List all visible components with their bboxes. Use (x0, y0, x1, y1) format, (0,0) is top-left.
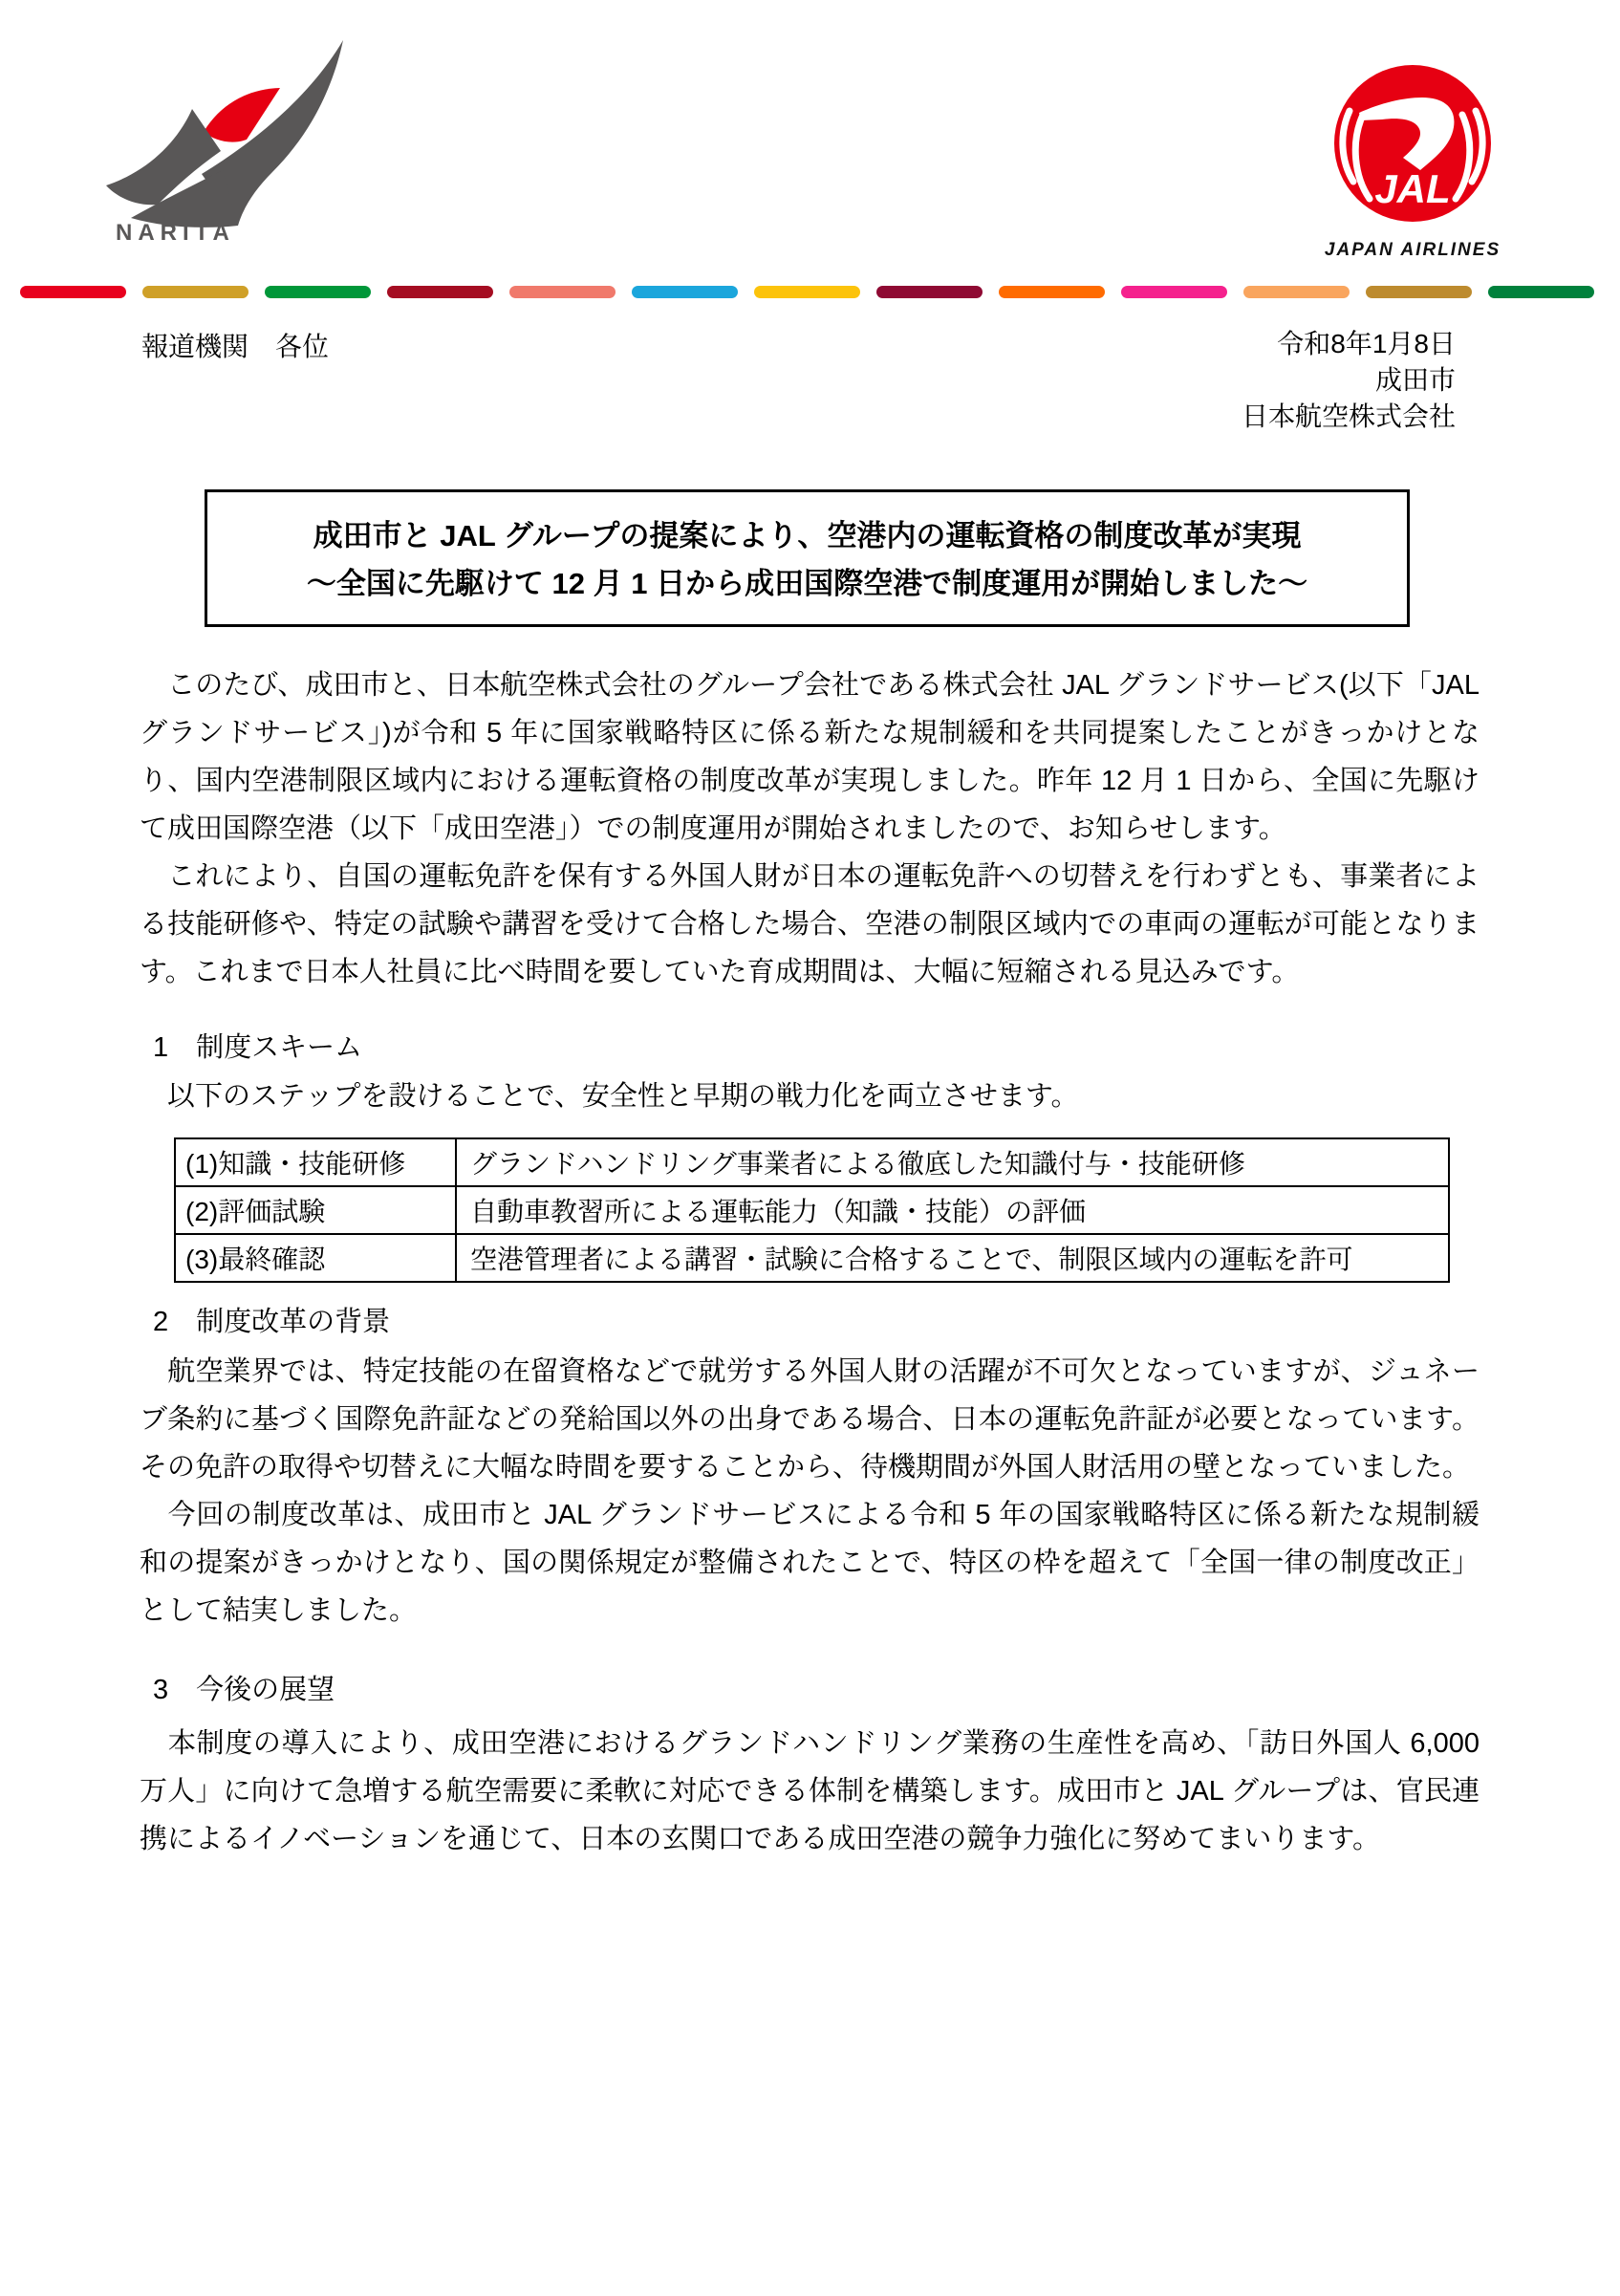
narita-logo-text: NARITA (116, 220, 235, 247)
press-release-page: NARITA JAL JAPAN AIRLINES 報道機関 各位 令和8年1月… (0, 0, 1620, 2296)
paragraph: 今回の制度改革は、成田市と JAL グランドサービスによる令和 5 年の国家戦略… (140, 1491, 1480, 1635)
sdg-bar-segment (1366, 286, 1472, 298)
sdg-bar-segment (20, 286, 126, 298)
sdg-bar-segment (876, 286, 983, 298)
addressee: 報道機関 各位 (141, 326, 329, 364)
paragraph: このたび、成田市と、日本航空株式会社のグループ会社である株式会社 JAL グラン… (140, 661, 1480, 853)
paragraph: 本制度の導入により、成田空港におけるグランドハンドリング業務の生産性を高め、「訪… (140, 1720, 1480, 1863)
jal-logo: JAL JAPAN AIRLINES (1324, 57, 1501, 261)
table-row: (1)知識・技能研修 グランドハンドリング事業者による徹底した知識付与・技能研修 (175, 1138, 1449, 1186)
table-cell-step: (3)最終確認 (175, 1234, 456, 1282)
title-line-1: 成田市と JAL グループの提案により、空港内の運転資格の制度改革が実現 (207, 512, 1407, 560)
org-narita-city: 成田市 (1242, 362, 1456, 399)
sdg-bar-segment (754, 286, 860, 298)
section1-heading: 1 制度スキーム (153, 1024, 362, 1072)
table-cell-desc: 空港管理者による講習・試験に合格することで、制限区域内の運転を許可 (456, 1234, 1449, 1282)
sdg-bar-segment (509, 286, 616, 298)
title-box: 成田市と JAL グループの提案により、空港内の運転資格の制度改革が実現 ～全国… (205, 489, 1410, 627)
opening-paragraphs: このたび、成田市と、日本航空株式会社のグループ会社である株式会社 JAL グラン… (140, 661, 1480, 996)
org-japan-airlines: 日本航空株式会社 (1242, 399, 1456, 435)
section3-heading: 3 今後の展望 (153, 1666, 335, 1714)
narita-logo: NARITA (91, 40, 351, 258)
paragraph: 航空業界では、特定技能の在留資格などで就労する外国人財の活躍が不可欠となっていま… (140, 1348, 1480, 1491)
date-line: 令和8年1月8日 (1242, 326, 1456, 362)
sdg-bar-segment (1121, 286, 1227, 298)
jal-crane-icon: JAL (1325, 57, 1501, 229)
sdg-bar-segment (142, 286, 248, 298)
narita-logo-mark-icon (91, 40, 351, 231)
title-line-2: ～全国に先駆けて 12 月 1 日から成田国際空港で制度運用が開始しました～ (207, 560, 1407, 608)
sdg-bar-segment (632, 286, 738, 298)
section1-lead: 以下のステップを設けることで、安全性と早期の戦力化を両立させます。 (140, 1072, 1079, 1120)
jal-logo-text: JAL (1374, 166, 1450, 211)
date-block: 令和8年1月8日 成田市 日本航空株式会社 (1242, 326, 1456, 435)
scheme-table: (1)知識・技能研修 グランドハンドリング事業者による徹底した知識付与・技能研修… (174, 1137, 1450, 1283)
table-cell-desc: 自動車教習所による運転能力（知識・技能）の評価 (456, 1186, 1449, 1234)
table-cell-step: (2)評価試験 (175, 1186, 456, 1234)
table-row: (2)評価試験 自動車教習所による運転能力（知識・技能）の評価 (175, 1186, 1449, 1234)
table-row: (3)最終確認 空港管理者による講習・試験に合格することで、制限区域内の運転を許… (175, 1234, 1449, 1282)
jal-logo-subtext: JAPAN AIRLINES (1324, 240, 1501, 261)
section3-paragraphs: 本制度の導入により、成田空港におけるグランドハンドリング業務の生産性を高め、「訪… (140, 1720, 1480, 1863)
sdg-bar-segment (387, 286, 493, 298)
sdg-bar-segment (1488, 286, 1594, 298)
paragraph: これにより、自国の運転免許を保有する外国人財が日本の運転免許への切替えを行わずと… (140, 853, 1480, 996)
table-cell-desc: グランドハンドリング事業者による徹底した知識付与・技能研修 (456, 1138, 1449, 1186)
section2-paragraphs: 航空業界では、特定技能の在留資格などで就労する外国人財の活躍が不可欠となっていま… (140, 1348, 1480, 1635)
sdg-bar-segment (999, 286, 1105, 298)
table-cell-step: (1)知識・技能研修 (175, 1138, 456, 1186)
sdg-color-bar (20, 286, 1594, 298)
sdg-bar-segment (265, 286, 371, 298)
section2-heading: 2 制度改革の背景 (153, 1298, 390, 1346)
sdg-bar-segment (1243, 286, 1350, 298)
